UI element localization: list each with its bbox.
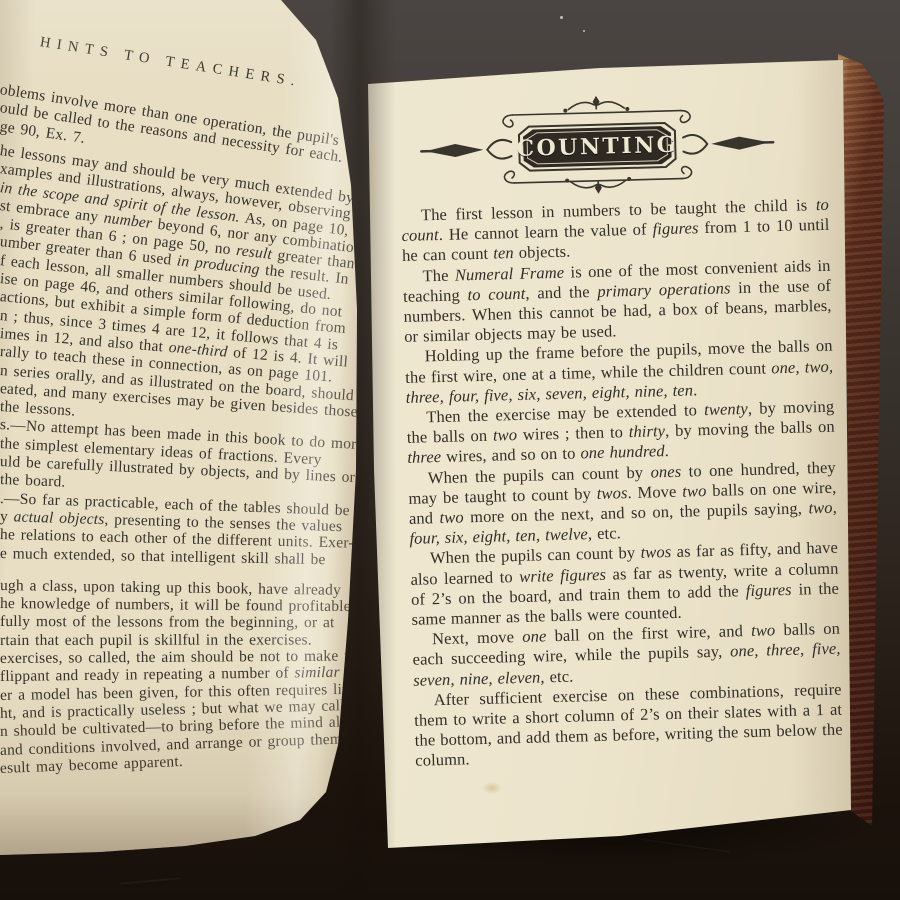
text-run: , etc. xyxy=(588,524,622,544)
left-page: HINTS TO TEACHERS. oblems involve more t… xyxy=(0,0,366,862)
dust-speck xyxy=(560,16,563,19)
left-page-line: he knowledge of numbers, it will be foun… xyxy=(0,596,369,615)
text-run: After sufficient exercise on these combi… xyxy=(414,679,843,770)
text-run: , etc. xyxy=(540,666,574,686)
text-run-italic: twos xyxy=(597,483,628,503)
text-run: The xyxy=(422,265,455,285)
dust-speck xyxy=(583,30,585,32)
text-run-italic: twos xyxy=(640,542,671,562)
text-run-italic: ones xyxy=(650,461,681,481)
scratch-mark xyxy=(120,877,180,884)
text-run-italic: twenty xyxy=(704,399,748,419)
text-run-italic: thirty xyxy=(629,421,666,441)
left-page-line: the board. xyxy=(0,472,66,490)
text-run-italic: one xyxy=(522,627,547,647)
paragraph: The Numeral Frame is one of the most con… xyxy=(402,255,832,347)
right-page-content: COUNTING The first lesson in numbers to … xyxy=(398,89,843,772)
text-run-italic: two xyxy=(682,481,707,501)
text-run: wires ; then to xyxy=(517,422,629,444)
text-run: objects. xyxy=(513,242,570,262)
left-page-line: rtain that each pupil is skillful in the… xyxy=(0,632,312,648)
text-run: , by moving the balls on xyxy=(665,417,835,440)
text-run-italic: to count xyxy=(467,284,525,305)
book-photo: { "scene": { "background_top": "#4a4542"… xyxy=(0,0,900,900)
book-photo-scene: COUNTING The first lesson in numbers to … xyxy=(0,0,900,900)
text-run: Next, move xyxy=(432,627,523,648)
paragraph: When the pupils can count by twos as far… xyxy=(410,538,840,630)
chapter-title-text: COUNTING xyxy=(516,132,678,162)
page-stain xyxy=(482,782,502,794)
paragraph: The first lesson in numbers to be taught… xyxy=(401,195,830,267)
text-run: . xyxy=(664,441,669,460)
text-run: . He cannot learn the value of xyxy=(438,220,652,245)
text-run-italic: figures xyxy=(652,218,698,238)
text-run: , and the xyxy=(525,282,597,303)
text-run-italic: actual objects xyxy=(13,508,104,528)
text-run: . Move xyxy=(627,482,682,502)
left-page-line: fully most of the lessons from the begin… xyxy=(0,614,335,631)
paragraph: Next, move one ball on the first wire, a… xyxy=(412,619,841,691)
chapter-title: COUNTING xyxy=(523,126,672,168)
paragraph: When the pupils can count by ones to one… xyxy=(408,457,838,549)
text-run: . xyxy=(693,380,698,399)
text-run: rtain that each pupil is skillful in the… xyxy=(0,631,312,649)
paragraph: After sufficient exercise on these combi… xyxy=(413,679,843,771)
text-run-italic: similar xyxy=(294,664,340,682)
text-run-italic: primary operations xyxy=(597,278,731,300)
text-run-italic: ten xyxy=(493,243,514,263)
text-run: fully most of the lessons from the begin… xyxy=(0,613,335,631)
right-page-text: The first lesson in numbers to be taught… xyxy=(401,195,844,772)
text-run-italic: Numeral Frame xyxy=(455,262,565,284)
paragraph: Holding up the frame before the pupils, … xyxy=(404,336,833,408)
text-run: wires, and so on to xyxy=(441,444,581,467)
text-run-italic: two xyxy=(751,621,776,641)
text-run: y xyxy=(0,508,14,525)
text-run-italic: one hundred xyxy=(580,442,665,463)
text-run: the board. xyxy=(0,471,66,491)
counting-title-ornament: COUNTING xyxy=(416,90,778,199)
paragraph: Then the exercise may be extended to twe… xyxy=(406,397,835,469)
text-run-italic: two xyxy=(439,507,464,527)
text-run-italic: figures xyxy=(745,580,791,600)
left-page-text: oblems involve more than one operation, … xyxy=(0,0,366,862)
text-run-italic: two xyxy=(493,425,518,445)
text-run-italic: write figures xyxy=(519,564,606,585)
text-run-italic: three xyxy=(407,447,441,467)
